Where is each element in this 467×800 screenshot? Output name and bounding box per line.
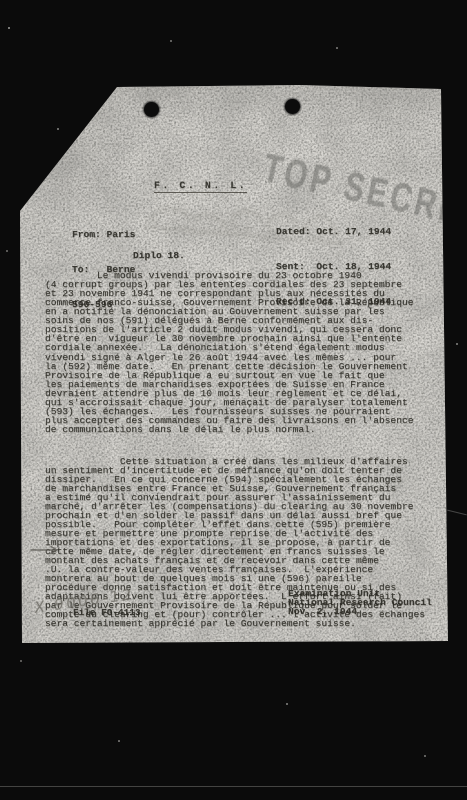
dated-line: Dated: Oct. 17, 1944 (276, 226, 391, 238)
dust-speck (6, 250, 8, 252)
dust-speck (424, 755, 426, 757)
document-title: F. C. N. L. (154, 180, 247, 193)
message-body: Le modus vivendi provisoire du 23 octobr… (45, 253, 445, 647)
punch-hole-left (144, 102, 159, 117)
dust-speck (170, 40, 172, 42)
dust-speck (57, 128, 59, 130)
punch-hole-right (285, 99, 300, 114)
body-paragraph-1: Le modus vivendi provisoire du 23 octobr… (45, 271, 445, 434)
dust-speck (336, 47, 338, 49)
dust-speck (286, 703, 288, 705)
scan-scratch-right (447, 510, 467, 516)
document-page: F. C. N. L. From: Paris To: Berne 590-59… (0, 0, 467, 800)
dust-speck (20, 660, 22, 662)
from-line: From: Paris (72, 229, 135, 241)
dust-speck (8, 27, 10, 29)
signature-block: Examination Unit National Research Counc… (288, 589, 432, 617)
dust-speck (456, 343, 458, 345)
scan-scratch-line (0, 786, 467, 787)
scanned-document: F. C. N. L. From: Paris To: Berne 590-59… (0, 0, 467, 800)
dust-speck (118, 740, 120, 742)
